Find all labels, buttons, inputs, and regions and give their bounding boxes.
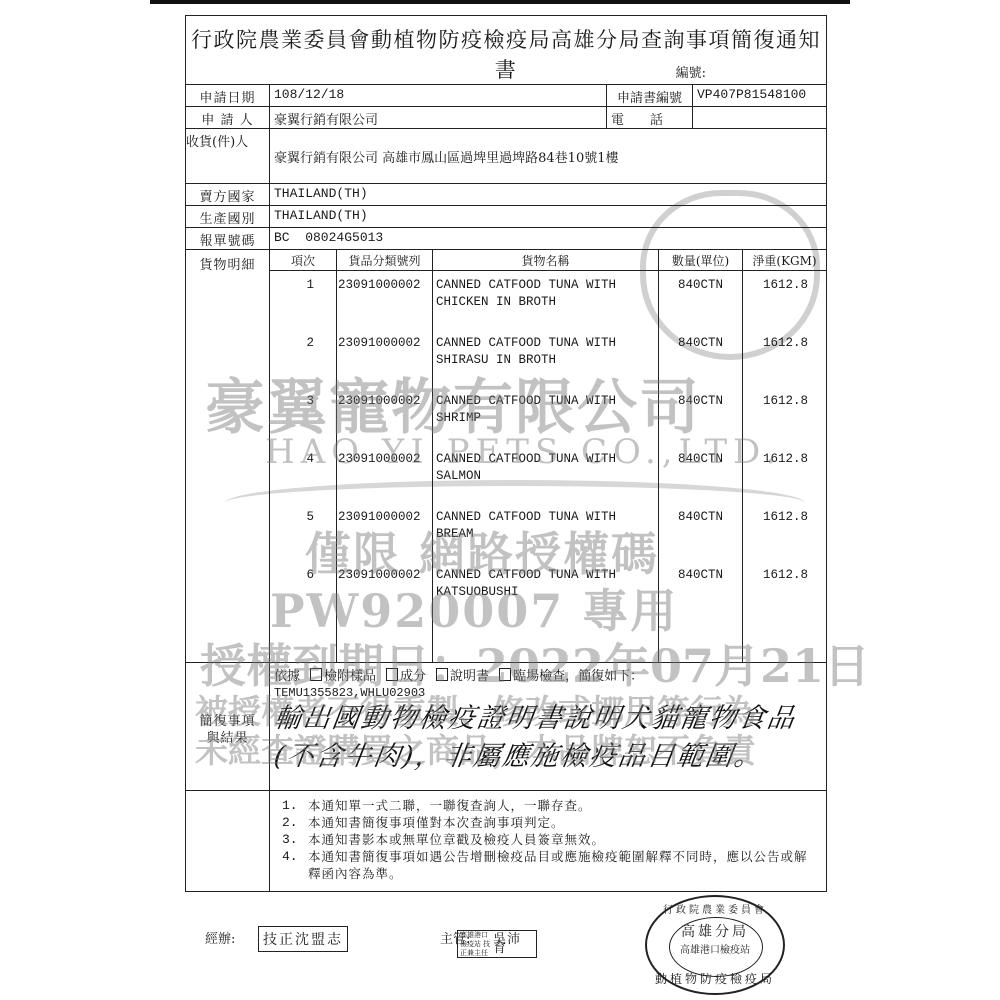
goods-name-cell: CANNED CATFOOD TUNA WITH SALMON bbox=[433, 445, 658, 503]
goods-item-cell: 2 bbox=[270, 329, 314, 387]
goods-weight-cell: 1612.8 bbox=[743, 329, 808, 387]
checkbox-icon bbox=[499, 668, 511, 681]
goods-item-cell: 5 bbox=[270, 503, 314, 561]
declaration-no-value: BC 08024G5013 bbox=[270, 228, 826, 249]
goods-section: 貨物明細 項次 貨品分類號列 貨物名稱 數量(單位) 淨重(KGM) 12345… bbox=[186, 250, 826, 663]
name-column: CANNED CATFOOD TUNA WITH CHICKEN IN BROT… bbox=[433, 271, 659, 662]
notes-section: 1.本通知單一式二聯，一聯復查詢人，一聯存查。2.本通知書簡復事項僅對本次查詢事… bbox=[186, 791, 826, 891]
notes-list: 1.本通知單一式二聯，一聯復查詢人，一聯存查。2.本通知書簡復事項僅對本次查詢事… bbox=[270, 791, 826, 891]
goods-code-cell: 23091000002 bbox=[337, 329, 432, 387]
application-date-value: 108/12/18 bbox=[270, 85, 606, 106]
result-label: 簡復事項 與結果 bbox=[186, 663, 270, 790]
goods-item-cell: 1 bbox=[270, 271, 314, 329]
note-text: 本通知單一式二聯，一聯復查詢人，一聯存查。 bbox=[308, 797, 820, 814]
goods-code-cell: 23091000002 bbox=[337, 271, 432, 329]
consignee-value: 豪翼行銷有限公司 高雄市鳳山區過埤里過埤路84巷10號1樓 bbox=[270, 129, 826, 183]
result-label-line1: 簡復事項 bbox=[199, 714, 255, 729]
manager-stamp-title: 高雄港口檢疫站 技正兼主任 bbox=[460, 931, 493, 958]
code-column: 2309100000223091000002230910000022309100… bbox=[337, 271, 433, 662]
note-item: 1.本通知單一式二聯，一聯復查詢人，一聯存查。 bbox=[276, 797, 820, 814]
goods-qty-cell: 840CTN bbox=[659, 445, 742, 503]
goods-name-cell: CANNED CATFOOD TUNA WITH BREAM bbox=[433, 503, 658, 561]
document-title: 行政院農業委員會動植物防疫檢疫局高雄分局查詢事項簡復通知書 bbox=[186, 24, 826, 84]
applicant-value: 豪翼行銷有限公司 bbox=[270, 107, 606, 128]
notice-form: 行政院農業委員會動植物防疫檢疫局高雄分局查詢事項簡復通知書 編號: 申請日期 1… bbox=[185, 15, 827, 892]
goods-name-cell: CANNED CATFOOD TUNA WITH KATSUOBUSHI bbox=[433, 561, 658, 619]
manager-stamp-name: 吳沛育 bbox=[493, 935, 534, 953]
goods-table-body: 123456 230910000022309100000223091000002… bbox=[270, 271, 826, 662]
note-number: 3. bbox=[276, 831, 308, 848]
note-item: 3.本通知書影本或無單位章戳及檢疫人員簽章無效。 bbox=[276, 831, 820, 848]
seal-bottom-text: 動植物防疫檢疫局 bbox=[647, 970, 783, 987]
serial-label: 編號: bbox=[676, 62, 706, 81]
basis-option-label: 成分 bbox=[400, 669, 426, 684]
goods-item-cell: 4 bbox=[270, 445, 314, 503]
handler-label: 經辦: bbox=[205, 928, 235, 947]
application-date-label: 申請日期 bbox=[186, 85, 270, 106]
note-number: 4. bbox=[276, 848, 308, 882]
checkbox-icon bbox=[436, 668, 448, 681]
row-seller-country: 賣方國家 THAILAND(TH) bbox=[186, 184, 826, 206]
consignee-label: 收貨(件)人 bbox=[186, 129, 270, 183]
goods-item-cell: 3 bbox=[270, 387, 314, 445]
seller-country-label: 賣方國家 bbox=[186, 184, 270, 205]
goods-qty-cell: 840CTN bbox=[659, 561, 742, 619]
origin-country-label: 生產國別 bbox=[186, 206, 270, 227]
col-code: 貨品分類號列 bbox=[337, 250, 433, 270]
goods-weight-cell: 1612.8 bbox=[743, 561, 808, 619]
item-column: 123456 bbox=[270, 271, 337, 662]
goods-code-cell: 23091000002 bbox=[337, 445, 432, 503]
goods-name-cell: CANNED CATFOOD TUNA WITH SHIRASU IN BROT… bbox=[433, 329, 658, 387]
row-application-date: 申請日期 108/12/18 申請書編號 VP407P81548100 bbox=[186, 85, 826, 107]
note-text: 本通知書簡復事項如遇公告增刪檢疫品目或應施檢疫範圍解釋不同時，應以公告或解釋函內… bbox=[308, 848, 820, 882]
row-origin-country: 生產國別 THAILAND(TH) bbox=[186, 206, 826, 228]
seller-country-value: THAILAND(TH) bbox=[270, 184, 826, 205]
goods-code-cell: 23091000002 bbox=[337, 503, 432, 561]
row-consignee: 收貨(件)人 豪翼行銷有限公司 高雄市鳳山區過埤里過埤路84巷10號1樓 bbox=[186, 129, 826, 184]
seal-branch-text: 高雄分局 bbox=[647, 921, 783, 941]
goods-qty-cell: 840CTN bbox=[659, 271, 742, 329]
note-text: 本通知書簡復事項僅對本次查詢事項判定。 bbox=[308, 814, 820, 831]
applicant-label: 申 請 人 bbox=[186, 107, 270, 128]
basis-option: 說明書 bbox=[436, 665, 489, 684]
col-name: 貨物名稱 bbox=[433, 250, 659, 270]
note-number: 2. bbox=[276, 814, 308, 831]
handwritten-result-line1: 輸出國動物檢疫證明書說明犬貓寵物食品 bbox=[271, 700, 824, 738]
goods-item-cell: 6 bbox=[270, 561, 314, 619]
row-applicant: 申 請 人 豪翼行銷有限公司 電 話 bbox=[186, 107, 826, 129]
note-item: 4.本通知書簡復事項如遇公告增刪檢疫品目或應施檢疫範圍解釋不同時，應以公告或解釋… bbox=[276, 848, 820, 882]
note-number: 1. bbox=[276, 797, 308, 814]
col-qty: 數量(單位) bbox=[659, 250, 743, 270]
basis-option: 成分 bbox=[386, 665, 426, 684]
goods-weight-cell: 1612.8 bbox=[743, 503, 808, 561]
handwritten-result-line2: (不含牛肉)，非屬應施檢疫品目範圍。 bbox=[271, 738, 824, 776]
basis-label: 依據 bbox=[274, 665, 300, 684]
result-body: 依據 檢附樣品成分說明書臨場檢查，簡復如下： TEMU1355823,WHLU0… bbox=[270, 663, 826, 790]
declaration-no-label: 報單號碼 bbox=[186, 228, 270, 249]
basis-option: 檢附樣品 bbox=[310, 665, 376, 684]
seal-top-text: 行政院農業委員會 bbox=[647, 901, 783, 916]
checkbox-icon bbox=[386, 668, 398, 681]
col-item: 項次 bbox=[270, 250, 337, 270]
goods-weight-cell: 1612.8 bbox=[743, 445, 808, 503]
phone-value bbox=[692, 107, 826, 128]
goods-code-cell: 23091000002 bbox=[337, 387, 432, 445]
handler-stamp: 技正沈盟志 bbox=[258, 926, 348, 952]
basis-option-label: 檢附樣品 bbox=[324, 669, 376, 684]
goods-qty-cell: 840CTN bbox=[659, 329, 742, 387]
row-declaration-no: 報單號碼 BC 08024G5013 bbox=[186, 228, 826, 250]
result-section: 簡復事項 與結果 依據 檢附樣品成分說明書臨場檢查，簡復如下： TEMU1355… bbox=[186, 663, 826, 791]
application-no-value: VP407P81548100 bbox=[692, 85, 826, 106]
goods-name-cell: CANNED CATFOOD TUNA WITH CHICKEN IN BROT… bbox=[433, 271, 658, 329]
result-label-line2: 與結果 bbox=[206, 731, 248, 746]
qty-column: 840CTN840CTN840CTN840CTN840CTN840CTN bbox=[659, 271, 743, 662]
basis-option-label: 臨場檢查，簡復如下： bbox=[513, 669, 643, 684]
checkbox-icon bbox=[310, 668, 322, 681]
goods-table-header: 項次 貨品分類號列 貨物名稱 數量(單位) 淨重(KGM) bbox=[270, 250, 826, 271]
goods-qty-cell: 840CTN bbox=[659, 387, 742, 445]
phone-label: 電 話 bbox=[606, 107, 692, 128]
manager-stamp: 高雄港口檢疫站 技正兼主任 吳沛育 bbox=[457, 930, 537, 958]
weight-column: 1612.81612.81612.81612.81612.81612.8 bbox=[743, 271, 826, 662]
goods-code-cell: 23091000002 bbox=[337, 561, 432, 619]
goods-table: 項次 貨品分類號列 貨物名稱 數量(單位) 淨重(KGM) 123456 230… bbox=[270, 250, 826, 662]
goods-weight-cell: 1612.8 bbox=[743, 387, 808, 445]
goods-label: 貨物明細 bbox=[186, 250, 270, 662]
notes-label bbox=[186, 791, 270, 891]
basis-options: 依據 檢附樣品成分說明書臨場檢查，簡復如下： bbox=[274, 665, 822, 684]
goods-name-cell: CANNED CATFOOD TUNA WITH SHRIMP bbox=[433, 387, 658, 445]
col-weight: 淨重(KGM) bbox=[743, 250, 826, 270]
scan-top-edge bbox=[150, 0, 850, 4]
goods-qty-cell: 840CTN bbox=[659, 503, 742, 561]
basis-option-label: 說明書 bbox=[450, 669, 489, 684]
application-no-label: 申請書編號 bbox=[606, 85, 692, 106]
note-item: 2.本通知書簡復事項僅對本次查詢事項判定。 bbox=[276, 814, 820, 831]
title-block: 行政院農業委員會動植物防疫檢疫局高雄分局查詢事項簡復通知書 編號: bbox=[186, 16, 826, 85]
container-numbers: TEMU1355823,WHLU02903 bbox=[274, 686, 822, 700]
seal-station-text: 高雄港口檢疫站 bbox=[647, 941, 783, 956]
goods-weight-cell: 1612.8 bbox=[743, 271, 808, 329]
official-seal: 行政院農業委員會 高雄分局 高雄港口檢疫站 動植物防疫檢疫局 bbox=[645, 895, 785, 995]
origin-country-value: THAILAND(TH) bbox=[270, 206, 826, 227]
note-text: 本通知書影本或無單位章戳及檢疫人員簽章無效。 bbox=[308, 831, 820, 848]
basis-option: 臨場檢查，簡復如下： bbox=[499, 665, 643, 684]
